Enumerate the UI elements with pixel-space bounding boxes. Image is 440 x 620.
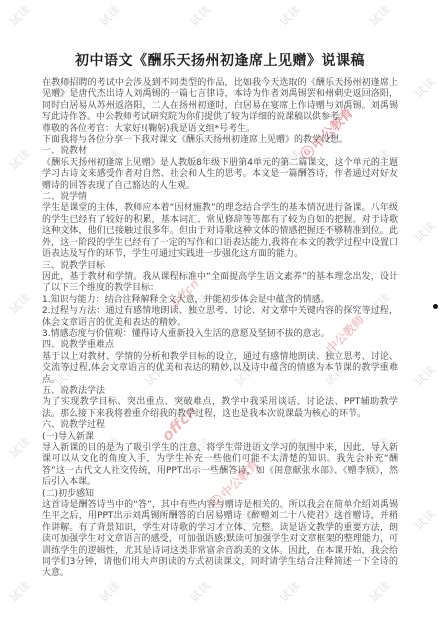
document-body: 在教师招聘的考试中会涉及到不同类型的作品，比如我今天选取的《酬乐天扬州初逢席上见… — [42, 78, 398, 580]
paragraph: 在教师招聘的考试中会涉及到不同类型的作品，比如我今天选取的《酬乐天扬州初逢席上见… — [42, 78, 398, 124]
document-page: 试读试读试读试读试读试读试读试读试读试读试读试读试读试读试读试读试读试读试读试读… — [0, 0, 440, 620]
paragraph: 这首诗是酬答诗当中的“答”，其中有些内容与赠诗是相关的。所以我会在简单介绍刘禹锡… — [42, 500, 398, 580]
paragraph: 基于以上对教材、学情的分析和教学目标的设立，通过有感情地朗读、独立思考、讨论、交… — [42, 352, 398, 386]
paragraph: 《酬乐天扬州初逢席上见赠》是人教版8年级下册第4单元的第二篇课文，这个单元的主题… — [42, 158, 398, 192]
paragraph: 1.知识与能力：结合注释解释全文大意，并能初步体会是中蕴含的情感。 — [42, 295, 398, 306]
section-heading: 五、说教法学法 — [42, 386, 398, 397]
section-heading: 一、说教材 — [42, 146, 398, 157]
paragraph: 学生是课堂的主体，教师应本着“因材施教”的理念结合学生的基本情况进行备课。八年级… — [42, 203, 398, 260]
page-marker-dot — [433, 304, 438, 309]
section-heading: 三、说教学目标 — [42, 261, 398, 272]
section-heading: 二、说学情 — [42, 192, 398, 203]
page-title: 初中语文《酬乐天扬州初逢席上见赠》说课稿 — [42, 50, 398, 70]
paragraph: 下面我将与各位分享一下我对课文《酬乐天扬州初逢席上见赠》的教学设想。 — [42, 135, 398, 146]
trial-watermark: 试读 — [96, 577, 124, 605]
section-heading: (二)初步感知 — [42, 489, 398, 500]
paragraph: 为了实现教学目标、突出重点、突破难点，教学中我采用谈话、讨论法、PPT辅助教学法… — [42, 397, 398, 420]
document-content: 初中语文《酬乐天扬州初逢席上见赠》说课稿 在教师招聘的考试中会涉及到不同类型的作… — [0, 0, 440, 580]
trial-watermark: 试读 — [366, 577, 394, 605]
section-heading: 四、说教学重难点 — [42, 340, 398, 351]
paragraph: 2.过程与方法：通过有感情地朗读、独立思考、讨论、对文章中关键内容的探究等过程，… — [42, 306, 398, 329]
paragraph: 因此，基于教材和学情。我从课程标准中“全面提高学生语文素养”的基本理念出发，设计… — [42, 272, 398, 295]
section-heading: (一)导入新课 — [42, 432, 398, 443]
paragraph: 3.情感态度与价值观：懂得诗人重新投入生活的意愿及坚韧不拔的意志。 — [42, 329, 398, 340]
trial-watermark: 试读 — [186, 577, 214, 605]
paragraph: 尊敬的各位考官：大家好!(鞠躬)我是语文组*号考生。 — [42, 124, 398, 135]
trial-watermark: 试读 — [276, 577, 304, 605]
section-heading: 六、说教学过程 — [42, 420, 398, 431]
paragraph: 导入新课的目的是为了吸引学生的注意、将学生带进语文学习的氛围中来，因此，导入新课… — [42, 443, 398, 489]
trial-watermark: 试读 — [6, 577, 34, 605]
